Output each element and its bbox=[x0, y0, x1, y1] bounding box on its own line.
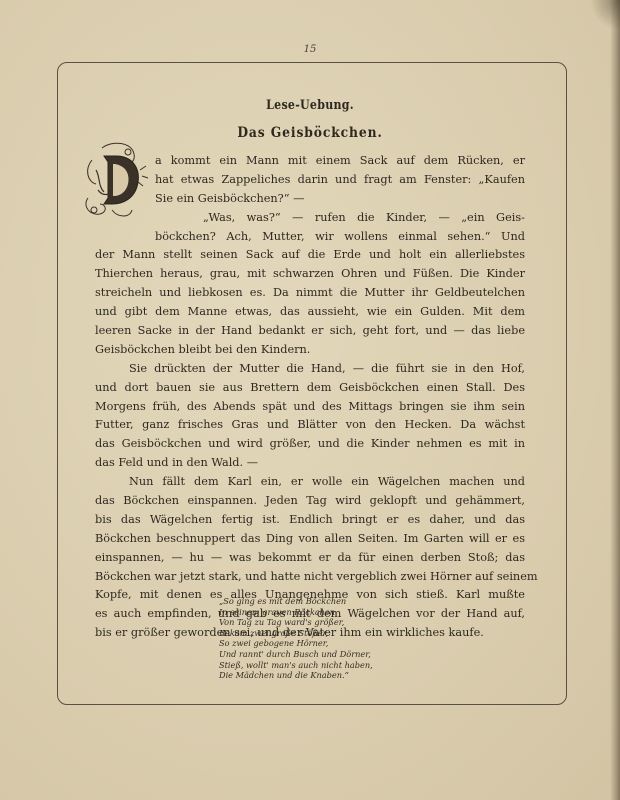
text-line: Böckchen war jetzt stark, und hatte nich… bbox=[95, 568, 525, 587]
text-line: hat etwas Zappeliches darin und fragt am… bbox=[95, 171, 525, 190]
page-edge-shadow bbox=[610, 0, 620, 800]
text-line: Sie drückten der Mutter die Hand, — die … bbox=[95, 360, 525, 379]
poem-line: In seinem grauen Röckchen. bbox=[219, 607, 439, 618]
text-line: a kommt ein Mann mit einem Sack auf dem … bbox=[95, 152, 525, 171]
poem-line: Von Tag zu Tag ward's größer, bbox=[219, 617, 439, 628]
poem-line: Und rannt' durch Busch und Dörner, bbox=[219, 649, 439, 660]
poem-line: Stieß, wollt' man's auch nicht haben, bbox=[219, 660, 439, 671]
text-line: das Böckchen einspannen. Jeden Tag wird … bbox=[95, 492, 525, 511]
text-line: Böckchen beschnuppert das Ding von allen… bbox=[95, 530, 525, 549]
poem-line: „So ging es mit dem Böckchen bbox=[219, 596, 439, 607]
text-line: einspannen, — hu — was bekommt er da für… bbox=[95, 549, 525, 568]
text-line: Sie ein Geisböckchen?“ — bbox=[95, 190, 525, 209]
text-line: böckchen? Ach, Mutter, wir wollens einma… bbox=[95, 228, 525, 247]
text-line: der Mann stellt seinen Sack auf die Erde… bbox=[95, 246, 525, 265]
poem-line: Bekam zwei große Stößer, bbox=[219, 628, 439, 639]
poem-line: Die Mädchen und die Knaben.“ bbox=[219, 670, 439, 681]
page-corner-shadow bbox=[590, 0, 620, 30]
page-number: 15 bbox=[0, 44, 620, 55]
poem-line: So zwei gebogene Hörner, bbox=[219, 638, 439, 649]
text-line: leeren Sacke in der Hand bedankt er sich… bbox=[95, 322, 525, 341]
poem: „So ging es mit dem Böckchen In seinem g… bbox=[219, 596, 439, 681]
text-line: das Geisböckchen und wird größer, und di… bbox=[95, 435, 525, 454]
text-line: „Was, was?“ — rufen die Kinder, — „ein G… bbox=[95, 209, 525, 228]
text-line: Futter, ganz frisches Gras und Blätter v… bbox=[95, 416, 525, 435]
text-line: Nun fällt dem Karl ein, er wolle ein Wäg… bbox=[95, 473, 525, 492]
text-line: Geisböckchen bleibt bei den Kindern. bbox=[95, 341, 525, 360]
text-line: das Feld und in den Wald. — bbox=[95, 454, 525, 473]
story-title: Das Geisböckchen. bbox=[37, 125, 583, 141]
text-line: und gibt dem Manne etwas, das aussieht, … bbox=[95, 303, 525, 322]
text-line: bis das Wägelchen fertig ist. Endlich br… bbox=[95, 511, 525, 530]
section-heading: Lese-Uebung. bbox=[47, 98, 574, 113]
story-text: a kommt ein Mann mit einem Sack auf dem … bbox=[95, 152, 525, 643]
text-line: Morgens früh, des Abends spät und des Mi… bbox=[95, 398, 525, 417]
text-line: Thierchen heraus, grau, mit schwarzen Oh… bbox=[95, 265, 525, 284]
text-line: und dort bauen sie aus Brettern dem Geis… bbox=[95, 379, 525, 398]
text-line: streicheln und liebkosen es. Da nimmt di… bbox=[95, 284, 525, 303]
